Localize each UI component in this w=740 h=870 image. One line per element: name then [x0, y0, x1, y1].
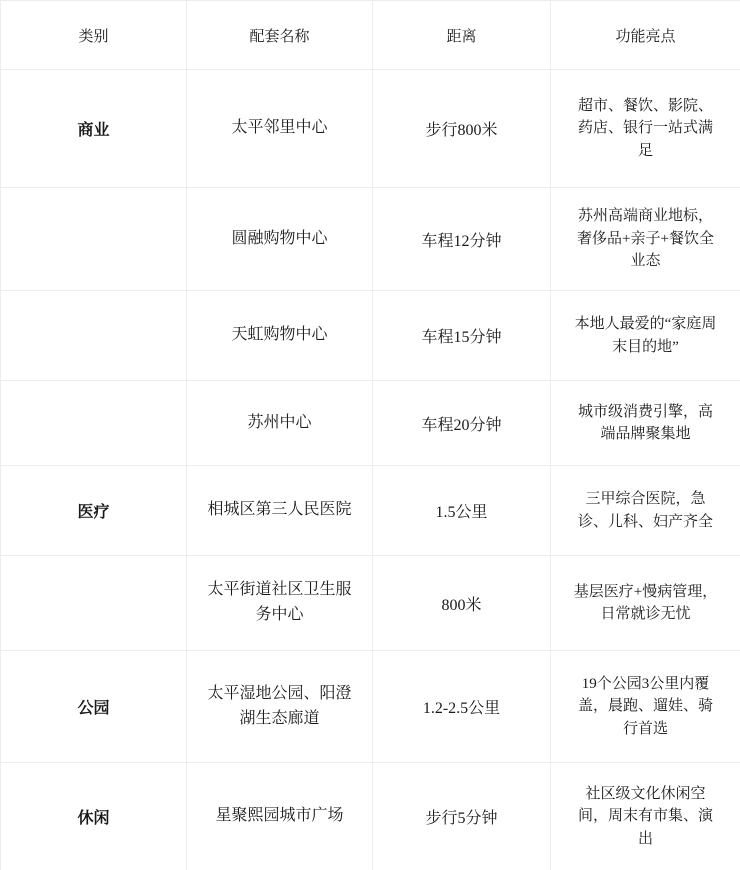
table-row-tianhong-mall: 天虹购物中心 车程15分钟 本地人最爱的“家庭周末目的地”	[1, 291, 740, 381]
column-header-name: 配套名称	[187, 1, 373, 70]
cell-category	[1, 188, 187, 291]
cell-highlight: 城市级消费引擎，高端品牌聚集地	[551, 381, 740, 466]
cell-category: 公园	[1, 651, 187, 763]
cell-category: 商业	[1, 70, 187, 188]
cell-highlight: 三甲综合医院，急诊、儿科、妇产齐全	[551, 466, 740, 556]
column-header-category: 类别	[1, 1, 187, 70]
table-row-suzhou-center: 苏州中心 车程20分钟 城市级消费引擎，高端品牌聚集地	[1, 381, 740, 466]
cell-distance: 步行800米	[373, 70, 551, 188]
cell-category	[1, 556, 187, 651]
column-header-highlight: 功能亮点	[551, 1, 740, 70]
column-header-distance: 距离	[373, 1, 551, 70]
cell-distance: 1.5公里	[373, 466, 551, 556]
cell-highlight: 19个公园3公里内覆盖，晨跑、遛娃、骑行首选	[551, 651, 740, 763]
cell-name: 太平街道社区卫生服务中心	[187, 556, 373, 651]
cell-distance: 步行5分钟	[373, 763, 551, 870]
cell-name: 星聚熙园城市广场	[187, 763, 373, 870]
cell-highlight: 超市、餐饮、影院、药店、银行一站式满足	[551, 70, 740, 188]
table-row-shopping-neighborhood: 商业 太平邻里中心 步行800米 超市、餐饮、影院、药店、银行一站式满足	[1, 70, 740, 188]
cell-category	[1, 291, 187, 381]
cell-highlight: 社区级文化休闲空间，周末有市集、演出	[551, 763, 740, 870]
table-row-parks: 公园 太平湿地公园、阳澄湖生态廊道 1.2-2.5公里 19个公园3公里内覆盖，…	[1, 651, 740, 763]
cell-category	[1, 381, 187, 466]
cell-category: 医疗	[1, 466, 187, 556]
table-row-hospital: 医疗 相城区第三人民医院 1.5公里 三甲综合医院，急诊、儿科、妇产齐全	[1, 466, 740, 556]
table-header-row: 类别 配套名称 距离 功能亮点	[1, 1, 740, 70]
cell-name: 天虹购物中心	[187, 291, 373, 381]
cell-distance: 车程12分钟	[373, 188, 551, 291]
table-row-community-health-center: 太平街道社区卫生服务中心 800米 基层医疗+慢病管理，日常就诊无忧	[1, 556, 740, 651]
cell-distance: 1.2-2.5公里	[373, 651, 551, 763]
amenities-table: 类别 配套名称 距离 功能亮点 商业 太平邻里中心 步行800米 超市、餐饮、影…	[0, 0, 740, 870]
cell-highlight: 基层医疗+慢病管理，日常就诊无忧	[551, 556, 740, 651]
cell-category: 休闲	[1, 763, 187, 870]
cell-distance: 车程20分钟	[373, 381, 551, 466]
cell-highlight: 本地人最爱的“家庭周末目的地”	[551, 291, 740, 381]
table-row-city-plaza: 休闲 星聚熙园城市广场 步行5分钟 社区级文化休闲空间，周末有市集、演出	[1, 763, 740, 870]
cell-distance: 800米	[373, 556, 551, 651]
cell-name: 相城区第三人民医院	[187, 466, 373, 556]
table-row-yuanrong-mall: 圆融购物中心 车程12分钟 苏州高端商业地标，奢侈品+亲子+餐饮全业态	[1, 188, 740, 291]
cell-name: 苏州中心	[187, 381, 373, 466]
cell-name: 太平湿地公园、阳澄湖生态廊道	[187, 651, 373, 763]
cell-name: 太平邻里中心	[187, 70, 373, 188]
cell-distance: 车程15分钟	[373, 291, 551, 381]
cell-highlight: 苏州高端商业地标，奢侈品+亲子+餐饮全业态	[551, 188, 740, 291]
cell-name: 圆融购物中心	[187, 188, 373, 291]
